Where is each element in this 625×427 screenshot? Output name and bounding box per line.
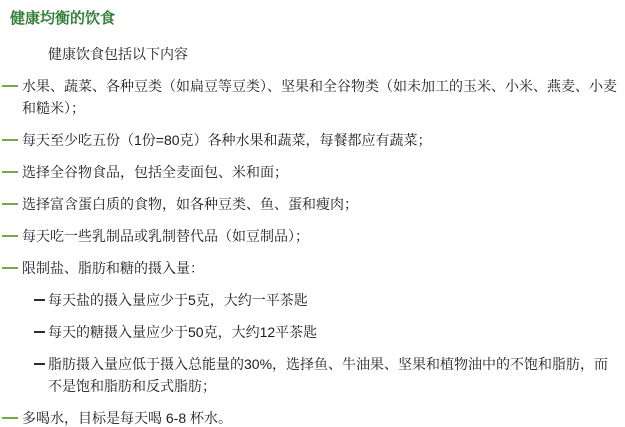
healthy-diet-document: 健康均衡的饮食 健康饮食包括以下内容 水果、蔬菜、各种豆类（如扁豆等豆类）、坚果…: [0, 0, 625, 427]
bullet-item-whole-grains: 选择全谷物食品，包括全麦面包、米和面；: [2, 161, 619, 183]
sub-bullet-text: 每天的糖摄入量应少于50克，大约12平茶匙: [48, 321, 619, 343]
bullet-text: 限制盐、脂肪和糖的摄入量：: [22, 257, 619, 279]
bullet-text: 水果、蔬菜、各种豆类（如扁豆等豆类）、坚果和全谷物类（如未加工的玉米、小米、燕麦…: [22, 75, 619, 119]
black-dash-icon: [34, 363, 45, 365]
bullet-text: 多喝水，目标是每天喝 6-8 杯水。: [22, 407, 619, 427]
sub-bullet-sugar-limit: 每天的糖摄入量应少于50克，大约12平茶匙: [2, 321, 619, 343]
green-dash-icon: [2, 203, 18, 205]
green-dash-icon: [2, 235, 18, 237]
sub-bullet-text: 每天盐的摄入量应少于5克，大约一平茶匙: [48, 289, 619, 311]
green-dash-icon: [2, 171, 18, 173]
bullet-text: 每天吃一些乳制品或乳制替代品（如豆制品）；: [22, 225, 619, 247]
sub-bullet-fat-limit: 脂肪摄入量应低于摄入总能量的30%，选择鱼、牛油果、坚果和植物油中的不饱和脂肪，…: [2, 353, 619, 397]
green-dash-icon: [2, 85, 18, 87]
bullet-item-protein: 选择富含蛋白质的食物，如各种豆类、鱼、蛋和瘦肉；: [2, 193, 619, 215]
subtitle: 健康饮食包括以下内容: [48, 43, 619, 65]
bullet-item-fruits-vegetables: 水果、蔬菜、各种豆类（如扁豆等豆类）、坚果和全谷物类（如未加工的玉米、小米、燕麦…: [2, 75, 619, 119]
green-dash-icon: [2, 139, 18, 141]
bullet-item-dairy: 每天吃一些乳制品或乳制替代品（如豆制品）；: [2, 225, 619, 247]
green-dash-icon: [2, 417, 18, 419]
green-dash-icon: [2, 267, 18, 269]
bullet-item-drink-water: 多喝水，目标是每天喝 6-8 杯水。: [2, 407, 619, 427]
bullet-text: 每天至少吃五份（1份=80克）各种水果和蔬菜，每餐都应有蔬菜；: [22, 129, 619, 151]
sub-bullet-text: 脂肪摄入量应低于摄入总能量的30%，选择鱼、牛油果、坚果和植物油中的不饱和脂肪，…: [48, 353, 619, 397]
page-title: 健康均衡的饮食: [10, 9, 619, 29]
black-dash-icon: [34, 331, 45, 333]
sub-bullet-salt-limit: 每天盐的摄入量应少于5克，大约一平茶匙: [2, 289, 619, 311]
bullet-item-five-portions: 每天至少吃五份（1份=80克）各种水果和蔬菜，每餐都应有蔬菜；: [2, 129, 619, 151]
bullet-text: 选择全谷物食品，包括全麦面包、米和面；: [22, 161, 619, 183]
bullet-text: 选择富含蛋白质的食物，如各种豆类、鱼、蛋和瘦肉；: [22, 193, 619, 215]
bullet-item-limit-salt-fat-sugar: 限制盐、脂肪和糖的摄入量：: [2, 257, 619, 279]
black-dash-icon: [34, 299, 45, 301]
